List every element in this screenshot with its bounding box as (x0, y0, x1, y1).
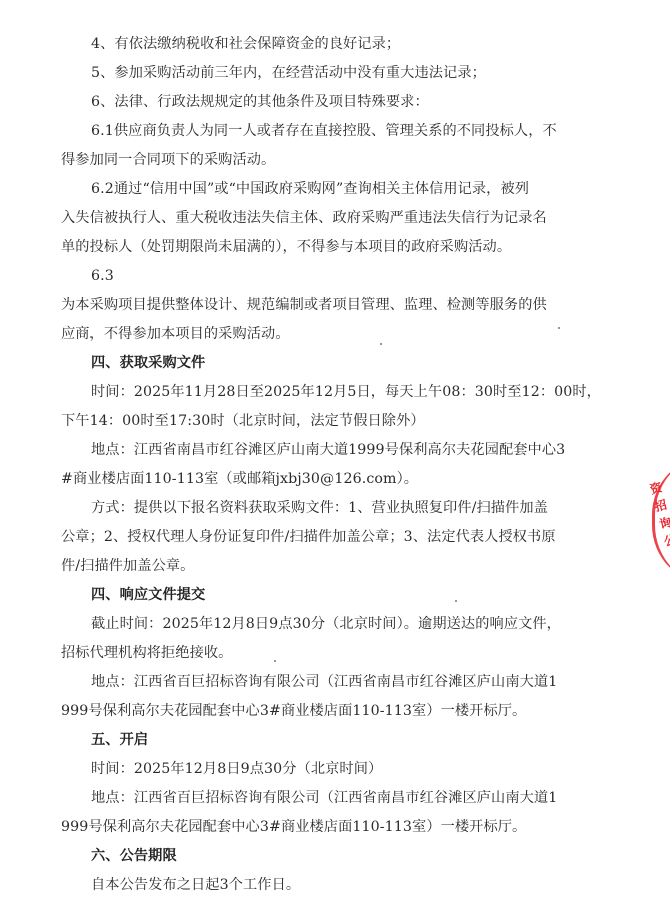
opening-location: 地点：江西省百巨招标咨询有限公司（江西省南昌市红谷滩区庐山南大道1 (91, 788, 557, 808)
requirement-6-2-cont-1: 入失信被执行人、重大税收违法失信主体、政府采购严重违法失信行为记录名 (61, 208, 547, 228)
scan-speck (380, 343, 382, 345)
requirement-6-3-cont-1: 为本采购项目提供整体设计、规范编制或者项目管理、监理、检测等服务的供 (61, 295, 547, 315)
requirement-6-2-cont-2: 单的投标人（处罚期限尚未届满的），不得参与本项目的政府采购活动。 (61, 237, 511, 257)
obtain-method-cont-2: 件/扫描件加盖公章。 (61, 556, 194, 576)
scan-speck (90, 336, 92, 338)
requirement-5: 5、参加采购活动前三年内，在经营活动中没有重大违法记录； (91, 63, 486, 83)
obtain-location-cont: #商业楼店面110-113室（或邮箱jxbj30@126.com）。 (61, 469, 418, 489)
submission-location-cont: 999号保利高尔夫花园配套中心3#商业楼店面110-113室）一楼开标厅。 (61, 701, 526, 721)
scan-speck (274, 660, 276, 662)
requirement-6-2: 6.2通过“信用中国”或“中国政府采购网”查询相关主体信用记录，被列 (91, 179, 529, 199)
section-heading-submission: 四、响应文件提交 (91, 585, 205, 605)
section-heading-notice-period: 六、公告期限 (91, 846, 177, 866)
requirement-4: 4、有依法缴纳税收和社会保障资金的良好记录； (91, 34, 400, 54)
obtain-time-cont: 下午14：00时至17:30时（北京时间，法定节假日除外） (61, 411, 425, 431)
section-heading-opening: 五、开启 (91, 730, 148, 750)
obtain-time: 时间：2025年11月28日至2025年12月5日，每天上午08：30时至12：… (91, 382, 601, 402)
requirement-6: 6、法律、行政法规规定的其他条件及项目特殊要求： (91, 92, 429, 112)
obtain-location: 地点：江西省南昌市红谷滩区庐山南大道1999号保利高尔夫花园配套中心3 (91, 440, 565, 460)
document-page: 4、有依法缴纳税收和社会保障资金的良好记录； 5、参加采购活动前三年内，在经营活… (0, 0, 670, 914)
section-heading-obtain-documents: 四、获取采购文件 (91, 353, 205, 373)
scan-speck (455, 600, 457, 602)
submission-deadline-cont: 招标代理机构将拒绝接收。 (61, 643, 232, 663)
scan-speck (558, 327, 560, 329)
notice-period: 自本公告发布之日起3个工作日。 (91, 875, 300, 895)
obtain-method: 方式：提供以下报名资料获取采购文件：1、营业执照复印件/扫描件加盖 (91, 498, 548, 518)
requirement-6-3: 6.3 (91, 266, 114, 286)
requirement-6-1: 6.1供应商负责人为同一人或者存在直接控股、管理关系的不同投标人，不 (91, 121, 557, 141)
requirement-6-1-cont: 得参加同一合同项下的采购活动。 (61, 150, 275, 170)
opening-location-cont: 999号保利高尔夫花园配套中心3#商业楼店面110-113室）一楼开标厅。 (61, 817, 526, 837)
submission-deadline: 截止时间：2025年12月8日9点30分（北京时间）。逾期送达的响应文件， (91, 614, 561, 634)
opening-time: 时间：2025年12月8日9点30分（北京时间） (91, 759, 382, 779)
obtain-method-cont-1: 公章；2、授权代理人身份证复印件/扫描件加盖公章；3、法定代表人授权书原 (61, 527, 556, 547)
requirement-6-3-cont-2: 应商，不得参加本项目的采购活动。 (61, 324, 290, 344)
submission-location: 地点：江西省百巨招标咨询有限公司（江西省南昌市红谷滩区庐山南大道1 (91, 672, 557, 692)
